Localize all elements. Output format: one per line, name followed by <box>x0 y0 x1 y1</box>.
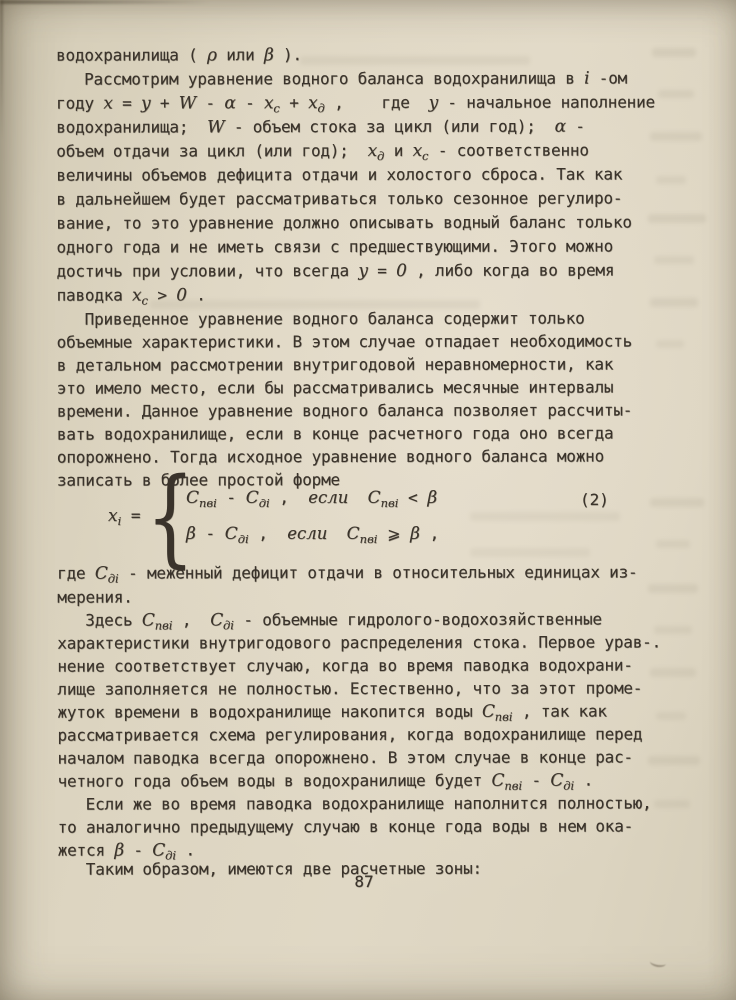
typewriter-text: + <box>150 93 178 112</box>
equation-number: (2) <box>580 490 609 509</box>
text-line: году x = y + W - α - xc + xд , где y - н… <box>56 93 655 117</box>
typewriter-text <box>327 524 346 543</box>
math-symbol: x <box>103 94 112 114</box>
typewriter-text: Здесь <box>85 610 142 629</box>
math-symbol: x <box>108 506 118 526</box>
typewriter-text: вать водохранилище, если в конце расчетн… <box>57 423 614 443</box>
text-line: Здесь Cпвi , Cдi - объемные гидролого-во… <box>85 611 602 635</box>
math-symbol: пвi <box>495 710 513 724</box>
math-symbol: C <box>246 488 259 508</box>
math-symbol: пвi <box>360 532 378 546</box>
math-symbol: C <box>95 564 108 584</box>
text-line: Если же во время паводка водохранилище н… <box>86 794 652 813</box>
typewriter-text: - начальное наполнение <box>438 92 655 111</box>
typewriter-text: - <box>124 840 152 859</box>
text-line: то аналогично предыдущему случаю в конце… <box>58 817 633 836</box>
typewriter-text: Если же во время паводка водохранилище н… <box>86 793 652 813</box>
typewriter-text: . <box>176 840 195 859</box>
typewriter-text: > <box>148 285 176 304</box>
math-symbol: x <box>264 93 273 113</box>
math-symbol: α <box>555 117 566 137</box>
typewriter-text: - <box>196 93 224 112</box>
math-symbol: д <box>377 149 384 163</box>
typewriter-text: паводка <box>57 285 133 304</box>
math-symbol: если <box>287 524 327 543</box>
typewriter-text: величины объемов дефицита отдачи и холос… <box>56 164 622 184</box>
equation-row: Cпвi - Cдi , если Cпвi < β <box>186 488 437 510</box>
typewriter-text: одного года и не иметь связи с предшеств… <box>56 236 613 256</box>
math-symbol: пвi <box>199 496 217 510</box>
text-line: где Cдi - меженный дефицит отдачи в отно… <box>57 563 637 587</box>
typewriter-text: то аналогично предыдущему случаю в конце… <box>58 816 633 836</box>
math-symbol: ρ <box>207 45 217 65</box>
math-symbol: д <box>317 101 324 115</box>
text-line: времени. Данное уравнение водного баланс… <box>57 401 632 420</box>
typewriter-text: - <box>566 117 585 136</box>
typewriter-text: . <box>187 285 206 304</box>
math-symbol: x <box>413 141 422 161</box>
typewriter-text: - меженный дефицит отдачи в относительны… <box>119 562 638 582</box>
typewriter-text: мерения. <box>57 587 133 606</box>
text-line: жуток времени в водохранилище накопится … <box>57 703 606 727</box>
text-line: паводка xc > 0 . <box>57 286 206 309</box>
math-symbol: y <box>429 93 438 113</box>
math-symbol: C <box>482 702 495 722</box>
math-symbol: дi <box>238 532 249 546</box>
text-line: опорожнено. Тогда исходное уравнение вод… <box>57 448 604 467</box>
page-number: 87 <box>0 872 728 891</box>
math-symbol: C <box>491 771 504 791</box>
typewriter-text: это имело место, если бы рассматривались… <box>57 377 614 397</box>
text-line: в детальном рассмотрении внутригодовой н… <box>57 355 614 374</box>
text-line: мерения. <box>57 588 133 606</box>
math-symbol: β <box>114 841 124 861</box>
math-symbol: C <box>368 488 381 508</box>
text-line: величины объемов дефицита отдачи и холос… <box>56 165 622 184</box>
text-line: четного года объем воды в водохранилище … <box>58 772 594 796</box>
math-symbol: C <box>210 610 223 630</box>
text-line: объемные характеристики. В этом случае о… <box>57 332 632 351</box>
typewriter-text: в детальном рассмотрении внутригодовой н… <box>57 354 614 374</box>
math-symbol: C <box>186 488 199 508</box>
math-symbol: x <box>368 141 377 161</box>
typewriter-text: < <box>398 488 427 507</box>
typewriter-text: , либо когда во время <box>407 260 615 279</box>
math-symbol: дi <box>108 572 119 586</box>
typewriter-text: жуток времени в водохранилище накопится … <box>57 702 482 722</box>
typewriter-text: - соответственно <box>428 141 588 160</box>
typewriter-text: + <box>280 93 308 112</box>
math-symbol: C <box>142 610 155 630</box>
math-symbol: пвi <box>504 779 522 793</box>
typewriter-text: - <box>522 771 550 790</box>
text-line: одного года и не иметь связи с предшеств… <box>56 237 613 256</box>
math-symbol: C <box>152 840 165 860</box>
equation-row: β - Cдi , если Cпвi ⩾ β , <box>186 524 439 546</box>
typewriter-text: в дальнейшем будет рассматриваться тольк… <box>56 188 622 208</box>
typewriter-text: водохранилища ( <box>56 45 207 64</box>
typewriter-text: вание, то это уравнение должно описывать… <box>56 212 631 232</box>
math-symbol: C <box>225 524 238 544</box>
typewriter-text: времени. Данное уравнение водного баланс… <box>57 400 632 420</box>
typewriter-text: , где <box>325 93 429 112</box>
typewriter-text: - <box>236 93 264 112</box>
typewriter-text <box>348 488 367 507</box>
typewriter-text: где <box>57 564 95 583</box>
typewriter-text: характеристики внутригодового распределе… <box>57 632 661 652</box>
typewriter-text: ). <box>274 45 302 64</box>
math-symbol: C <box>347 524 360 544</box>
text-line: вание, то это уравнение должно описывать… <box>56 213 631 232</box>
typewriter-text: или <box>217 45 264 64</box>
math-symbol: x <box>132 285 141 305</box>
typewriter-text: - <box>217 488 246 507</box>
math-symbol: x <box>308 93 317 113</box>
typewriter-text: достичь при условии, что всегда <box>57 261 359 281</box>
typewriter-text: - объем стока за цикл (или год); <box>224 117 554 137</box>
typewriter-text: Приведенное уравнение водного баланса со… <box>85 309 585 329</box>
scanned-page: водохранилища ( ρ или β ).Рассмотрим ура… <box>0 0 736 1000</box>
typewriter-text: ⩾ <box>377 524 410 543</box>
typewriter-text: рассматривается схема регулирования, ког… <box>57 724 642 744</box>
typewriter-text: объемные характеристики. В этом случае о… <box>57 331 632 351</box>
typewriter-text: опорожнено. Тогда исходное уравнение вод… <box>57 447 604 467</box>
typewriter-text: лище заполняется не полностью. Естествен… <box>57 678 642 698</box>
typewriter-text: , <box>249 524 288 543</box>
text-line: лище заполняется не полностью. Естествен… <box>57 679 642 698</box>
typewriter-text: -ом <box>589 68 627 87</box>
typewriter-text: = <box>113 93 141 112</box>
typewriter-text: Рассмотрим уравнение водного баланса вод… <box>84 69 584 89</box>
math-symbol: 0 <box>176 285 187 305</box>
typewriter-text: началом паводка всегда опорожнено. В это… <box>58 747 633 767</box>
typewriter-text: = <box>368 261 396 280</box>
math-symbol: W <box>207 117 224 137</box>
math-symbol: y <box>358 261 367 281</box>
text-line: достичь при условии, что всегда y = 0 , … <box>57 261 615 280</box>
text-line: нение соответствует случаю, когда во вре… <box>57 656 632 675</box>
text-line: вать водохранилище, если в конце расчетн… <box>57 424 614 443</box>
math-symbol: пвi <box>155 618 173 632</box>
typewriter-text: , так как <box>513 702 607 721</box>
typewriter-text: , <box>172 610 210 629</box>
text-line: рассматривается схема регулирования, ког… <box>57 725 642 744</box>
math-symbol: C <box>550 771 563 791</box>
math-symbol: β <box>264 45 274 65</box>
text-line: это имело место, если бы рассматривались… <box>57 378 614 397</box>
text-line: объем отдачи за цикл (или год); xд и xc … <box>56 142 589 166</box>
equation-lhs: xi = <box>108 506 141 528</box>
text-line: записать в более простой форме <box>57 471 340 490</box>
typewriter-text: водохранилища; <box>56 117 207 136</box>
typewriter-text: , <box>270 488 309 507</box>
math-symbol: α <box>224 93 235 113</box>
typewriter-text: записать в более простой форме <box>57 470 340 490</box>
typewriter-text: - <box>196 524 225 543</box>
text-line: в дальнейшем будет рассматриваться тольк… <box>56 189 622 208</box>
math-symbol: пвi <box>381 496 399 510</box>
typewriter-text: - объемные гидролого-водохозяйственные <box>234 610 602 630</box>
math-symbol: β <box>186 524 196 544</box>
text-line: началом паводка всегда опорожнено. В это… <box>58 748 633 767</box>
math-symbol: дi <box>563 779 574 793</box>
typewriter-text: нение соответствует случаю, когда во вре… <box>57 655 632 675</box>
math-symbol: β <box>410 524 420 544</box>
text-line: характеристики внутригодового распределе… <box>57 633 661 652</box>
typewriter-text: , <box>420 524 439 543</box>
typewriter-text: . <box>574 771 593 790</box>
text-line: Рассмотрим уравнение водного баланса вод… <box>84 69 627 88</box>
typewriter-text: и <box>384 141 412 160</box>
equation-brace: { <box>146 474 195 560</box>
typewriter-text: = <box>121 506 140 525</box>
text-line: Приведенное уравнение водного баланса со… <box>85 310 585 329</box>
math-symbol: y <box>141 93 150 113</box>
typewriter-text: четного года объем воды в водохранилище … <box>58 771 492 791</box>
typewriter-text: году <box>56 94 103 113</box>
math-symbol: β <box>427 488 437 508</box>
typewriter-text: жется <box>58 841 115 860</box>
math-symbol: дi <box>259 496 270 510</box>
text-line: водохранилища; W - объем стока за цикл (… <box>56 118 585 137</box>
math-symbol: W <box>179 93 196 113</box>
math-symbol: 0 <box>396 261 407 281</box>
math-symbol: если <box>308 488 348 507</box>
typewriter-text: объем отдачи за цикл (или год); <box>56 141 367 161</box>
text-line: водохранилища ( ρ или β ). <box>56 46 302 65</box>
math-symbol: дi <box>223 618 234 632</box>
